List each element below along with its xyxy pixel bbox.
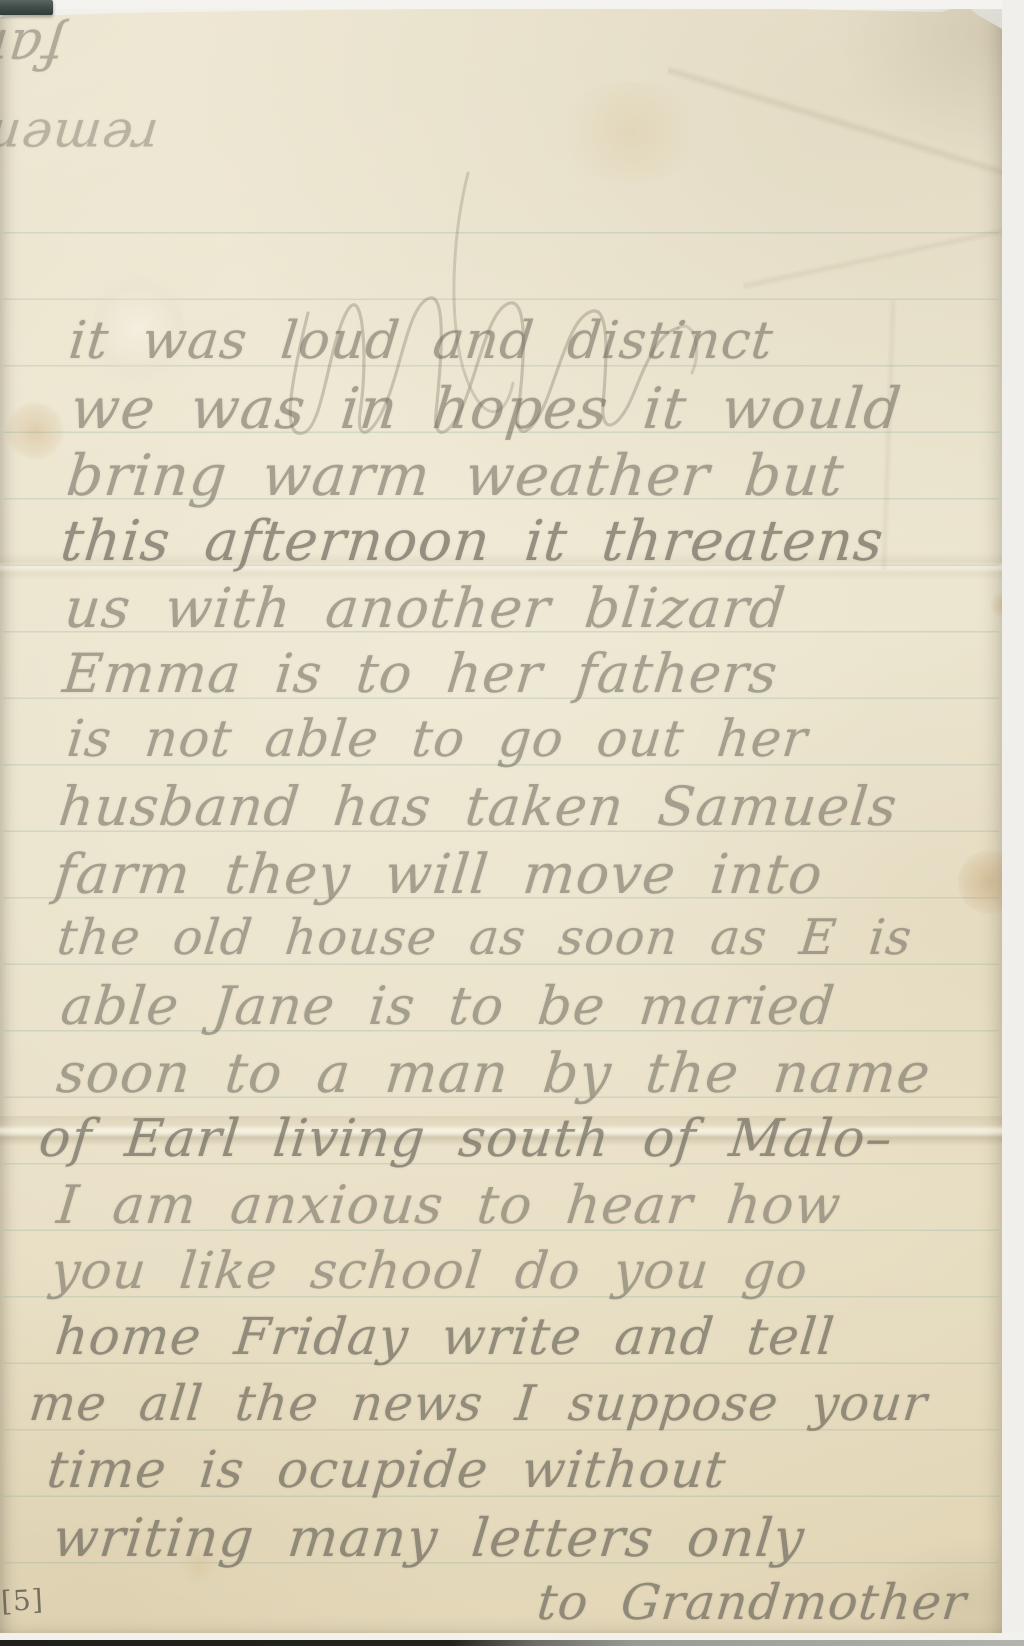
letter-line: time is ocupide without	[45, 1445, 729, 1496]
inverted-closing-line: family and a big to the E–E	[0, 21, 66, 76]
letter-line: us with another blizard	[62, 581, 788, 636]
scanner-edge-right	[1002, 0, 1024, 1646]
letter-line: writing many letters only	[50, 1512, 807, 1565]
letter-line: farm they will move into	[52, 847, 825, 902]
letter-line: we was in hopes it would	[68, 381, 904, 438]
letter-line: bring warm weather but	[64, 448, 847, 505]
letter-line: Emma is to her fathers	[60, 647, 780, 701]
letter-line: the old house as soon as E is	[55, 913, 915, 962]
letter-line: this afternoon it threatens	[58, 514, 886, 570]
closing-text: remember me to	[0, 107, 161, 166]
letter-scan: Yours affectionately Grandma family and …	[0, 0, 1024, 1646]
page-number-marker: [5]	[0, 1583, 44, 1618]
binder-clip	[0, 0, 53, 15]
letter-line: I am anxious to hear how	[54, 1179, 843, 1232]
letter-line: able Jane is to be maried	[58, 980, 837, 1033]
letter-line: of Earl living south of Malo–	[37, 1113, 896, 1165]
letter-line: me all the news I suppose your	[27, 1379, 930, 1428]
inverted-closing-line: remember me to all the	[0, 111, 160, 162]
letter-line: is not able to go out her	[65, 714, 811, 765]
letter-line: home Friday write and tell	[53, 1312, 837, 1363]
letter-line: soon to a man by the name	[54, 1046, 933, 1101]
closing-text: family and a big to	[0, 17, 66, 81]
letter-line: it was loud and distinct	[67, 315, 776, 367]
letter-line: you like school do you go	[49, 1246, 811, 1297]
letter-line: husband has taken Samuels	[56, 780, 900, 834]
scan-strip-bottom	[0, 1640, 1024, 1646]
letter-signoff-line: to Grandmother	[535, 1578, 969, 1627]
scanner-edge-top	[0, 0, 1024, 9]
